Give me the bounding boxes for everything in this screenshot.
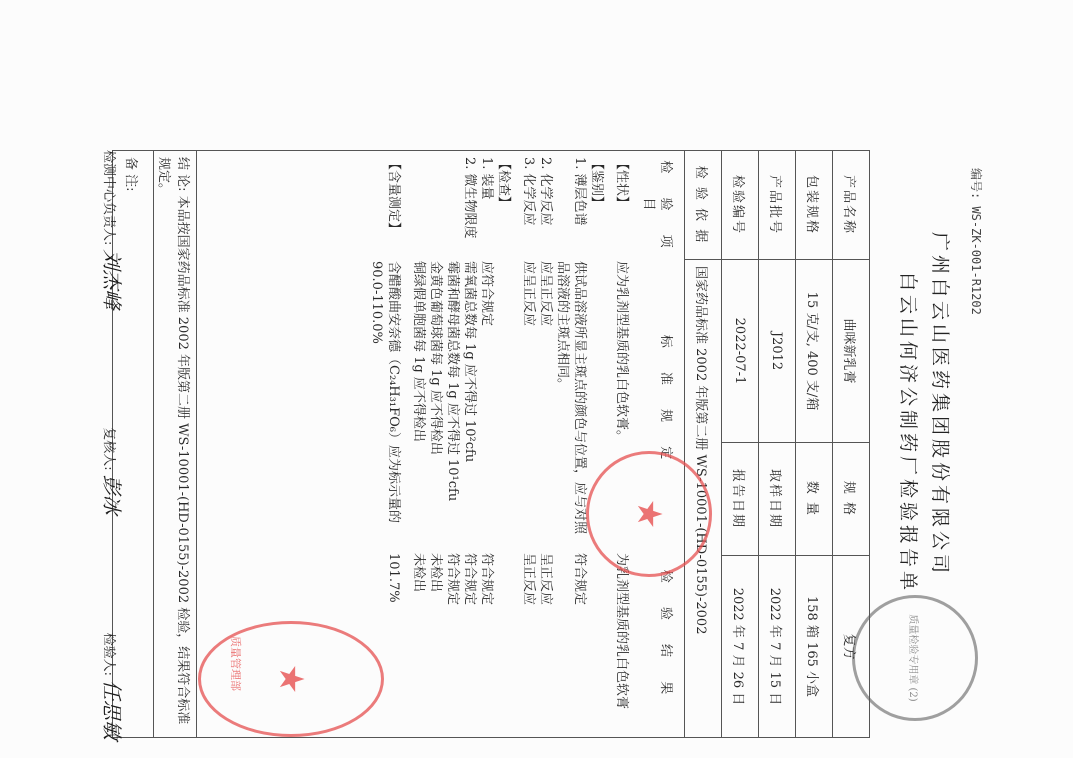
test-item-standard: 铜绿假单胞菌每 1g 应不得检出 [410, 261, 427, 543]
col-header-item: 检 验 项 目 [630, 157, 678, 261]
report-table: 产品名称 曲咪新乳膏 规 格 复方 包装规格 15 克/支, 400 支/箱 数… [112, 150, 870, 738]
grey-seal-stamp: 质量检验专用章 (2) [852, 595, 978, 721]
test-item-standard [495, 261, 512, 543]
test-item-item: 【鉴别】 [588, 157, 605, 261]
test-item-standard: 应呈正反应 [520, 261, 537, 543]
test-items-cell: 检 验 项 目 标 准 规 定 检 验 结 果 【性状】应为乳剂型基质的乳白色软… [197, 151, 685, 738]
value-quantity: 158 箱 165 小盒 [796, 556, 833, 738]
test-item-result: 符合规定 [554, 543, 588, 731]
row-spacer [402, 543, 410, 731]
test-item-item: 2. 微生物限度 [461, 157, 478, 261]
label-batch: 产品批号 [759, 151, 796, 260]
header-row: 检验编号 2022-07-1 报告日期 2022 年 7 月 26 日 [722, 151, 759, 738]
row-spacer [402, 261, 410, 543]
reviewer-label: 复核人: [101, 427, 116, 470]
test-item-result: 呈正反应 [520, 543, 537, 731]
row-spacer [512, 261, 520, 543]
qa-stamp-text: 质量管理部 [228, 636, 244, 691]
qc-red-stamp: ★ [586, 451, 712, 577]
label-basis: 检 验 依 据 [685, 151, 722, 260]
test-item-result: 符合规定 [461, 543, 478, 731]
value-package: 15 克/支, 400 支/箱 [796, 260, 833, 443]
row-spacer [512, 543, 520, 731]
value-spec: 复方 [833, 556, 870, 738]
label-quantity: 数 量 [796, 443, 833, 556]
row-spacer [605, 543, 613, 731]
report-title: 白云山何济公制药厂检验报告单 [896, 272, 923, 594]
value-report-date: 2022 年 7 月 26 日 [722, 556, 759, 738]
label-package: 包装规格 [796, 151, 833, 260]
test-item-item: 2. 化学反应 [537, 157, 554, 261]
basis-row: 检 验 依 据 国家药品标准 2002 年版第二册 WS-10001-(HD-0… [685, 151, 722, 738]
document-number: 编号: WS-ZK-001-R1202 [968, 168, 985, 315]
label-product-name: 产品名称 [833, 151, 870, 260]
label-report-date: 报告日期 [722, 443, 759, 556]
test-item-item: 【含量测定】 [368, 157, 402, 261]
inspector-name: 任思敏 [100, 680, 124, 740]
grey-stamp-text: 质量检验专用章 (2) [908, 614, 923, 701]
label-spec: 规 格 [833, 443, 870, 556]
header-row: 产品批号 J2012 取样日期 2022 年 7 月 15 日 [759, 151, 796, 738]
conclusion-text: 本品按国家药品标准 2002 年版第二册 WS-10001-(HD-0155)-… [156, 157, 190, 724]
test-item-standard: 应符合规定 [478, 261, 495, 543]
test-item-result: 未检出 [410, 543, 427, 731]
test-item-result: 未检出 [427, 543, 444, 731]
center-head-label: 检测中心负责人: [101, 150, 116, 245]
test-item-result: 符合规定 [444, 543, 461, 731]
company-title: 广州白云山医药集团股份有限公司 [928, 232, 955, 577]
reviewer-name: 彭冰 [100, 475, 124, 515]
reviewer-signature: 复核人:彭冰 [99, 427, 128, 514]
test-item-result [495, 543, 512, 731]
value-batch: J2012 [759, 260, 796, 443]
conclusion-row: 结 论: 本品按国家药品标准 2002 年版第二册 WS-10001-(HD-0… [154, 151, 197, 738]
test-item-standard: 霉菌和酵母菌总数每 1g 应不得过 10¹cfu [444, 261, 461, 543]
value-test-number: 2022-07-1 [722, 260, 759, 443]
header-row: 产品名称 曲咪新乳膏 规 格 复方 [833, 151, 870, 738]
test-item-item [444, 157, 461, 261]
test-item-standard: 金黄色葡萄球菌每 1g 应不得检出 [427, 261, 444, 543]
test-item-standard: 含醋酸曲安奈德（C₂₄H₃₁FO₆）应为标示量的 90.0-110.0% [368, 261, 402, 543]
label-sampling-date: 取样日期 [759, 443, 796, 556]
test-item-result: 呈正反应 [537, 543, 554, 731]
test-item-item [410, 157, 427, 261]
qa-red-stamp: ★ [198, 621, 384, 737]
value-sampling-date: 2022 年 7 月 15 日 [759, 556, 796, 738]
test-item-result [588, 543, 605, 731]
signature-line: 检测中心负责人:刘杰峰 复核人:彭冰 检验人:任思敏 [99, 150, 128, 740]
center-head-name: 刘杰峰 [100, 249, 124, 309]
test-items-grid: 检 验 项 目 标 准 规 定 检 验 结 果 【性状】应为乳剂型基质的乳白色软… [368, 157, 678, 731]
inspection-report-page: 编号: WS-ZK-001-R1202 广州白云山医药集团股份有限公司 白云山何… [0, 0, 1073, 758]
conclusion-label: 结 论: [175, 157, 190, 192]
inspector-label: 检验人: [101, 633, 116, 676]
header-row: 包装规格 15 克/支, 400 支/箱 数 量 158 箱 165 小盒 [796, 151, 833, 738]
test-item-item: 【性状】 [613, 157, 630, 261]
label-test-number: 检验编号 [722, 151, 759, 260]
center-head-signature: 检测中心负责人:刘杰峰 [99, 150, 128, 309]
test-item-standard: 应呈正反应 [537, 261, 554, 543]
test-item-item [427, 157, 444, 261]
test-item-result: 符合规定 [478, 543, 495, 731]
test-item-standard: 供试品溶液所显主斑点的颜色与位置，应与对照品溶液的主斑点相同。 [554, 261, 588, 543]
test-item-item: 3. 化学反应 [520, 157, 537, 261]
test-item-item: 1. 装量 [478, 157, 495, 261]
row-spacer [605, 157, 613, 261]
conclusion-cell: 结 论: 本品按国家药品标准 2002 年版第二册 WS-10001-(HD-0… [154, 151, 197, 738]
body-row: 检 验 项 目 标 准 规 定 检 验 结 果 【性状】应为乳剂型基质的乳白色软… [197, 151, 685, 738]
row-spacer [402, 157, 410, 261]
test-item-item: 【检查】 [495, 157, 512, 261]
test-item-standard: 需氧菌总数每 1g 应不得过 10²cfu [461, 261, 478, 543]
row-spacer [512, 157, 520, 261]
inspector-signature: 检验人:任思敏 [99, 633, 128, 740]
test-item-item: 1. 薄层色谱 [554, 157, 588, 261]
value-product-name: 曲咪新乳膏 [833, 260, 870, 443]
